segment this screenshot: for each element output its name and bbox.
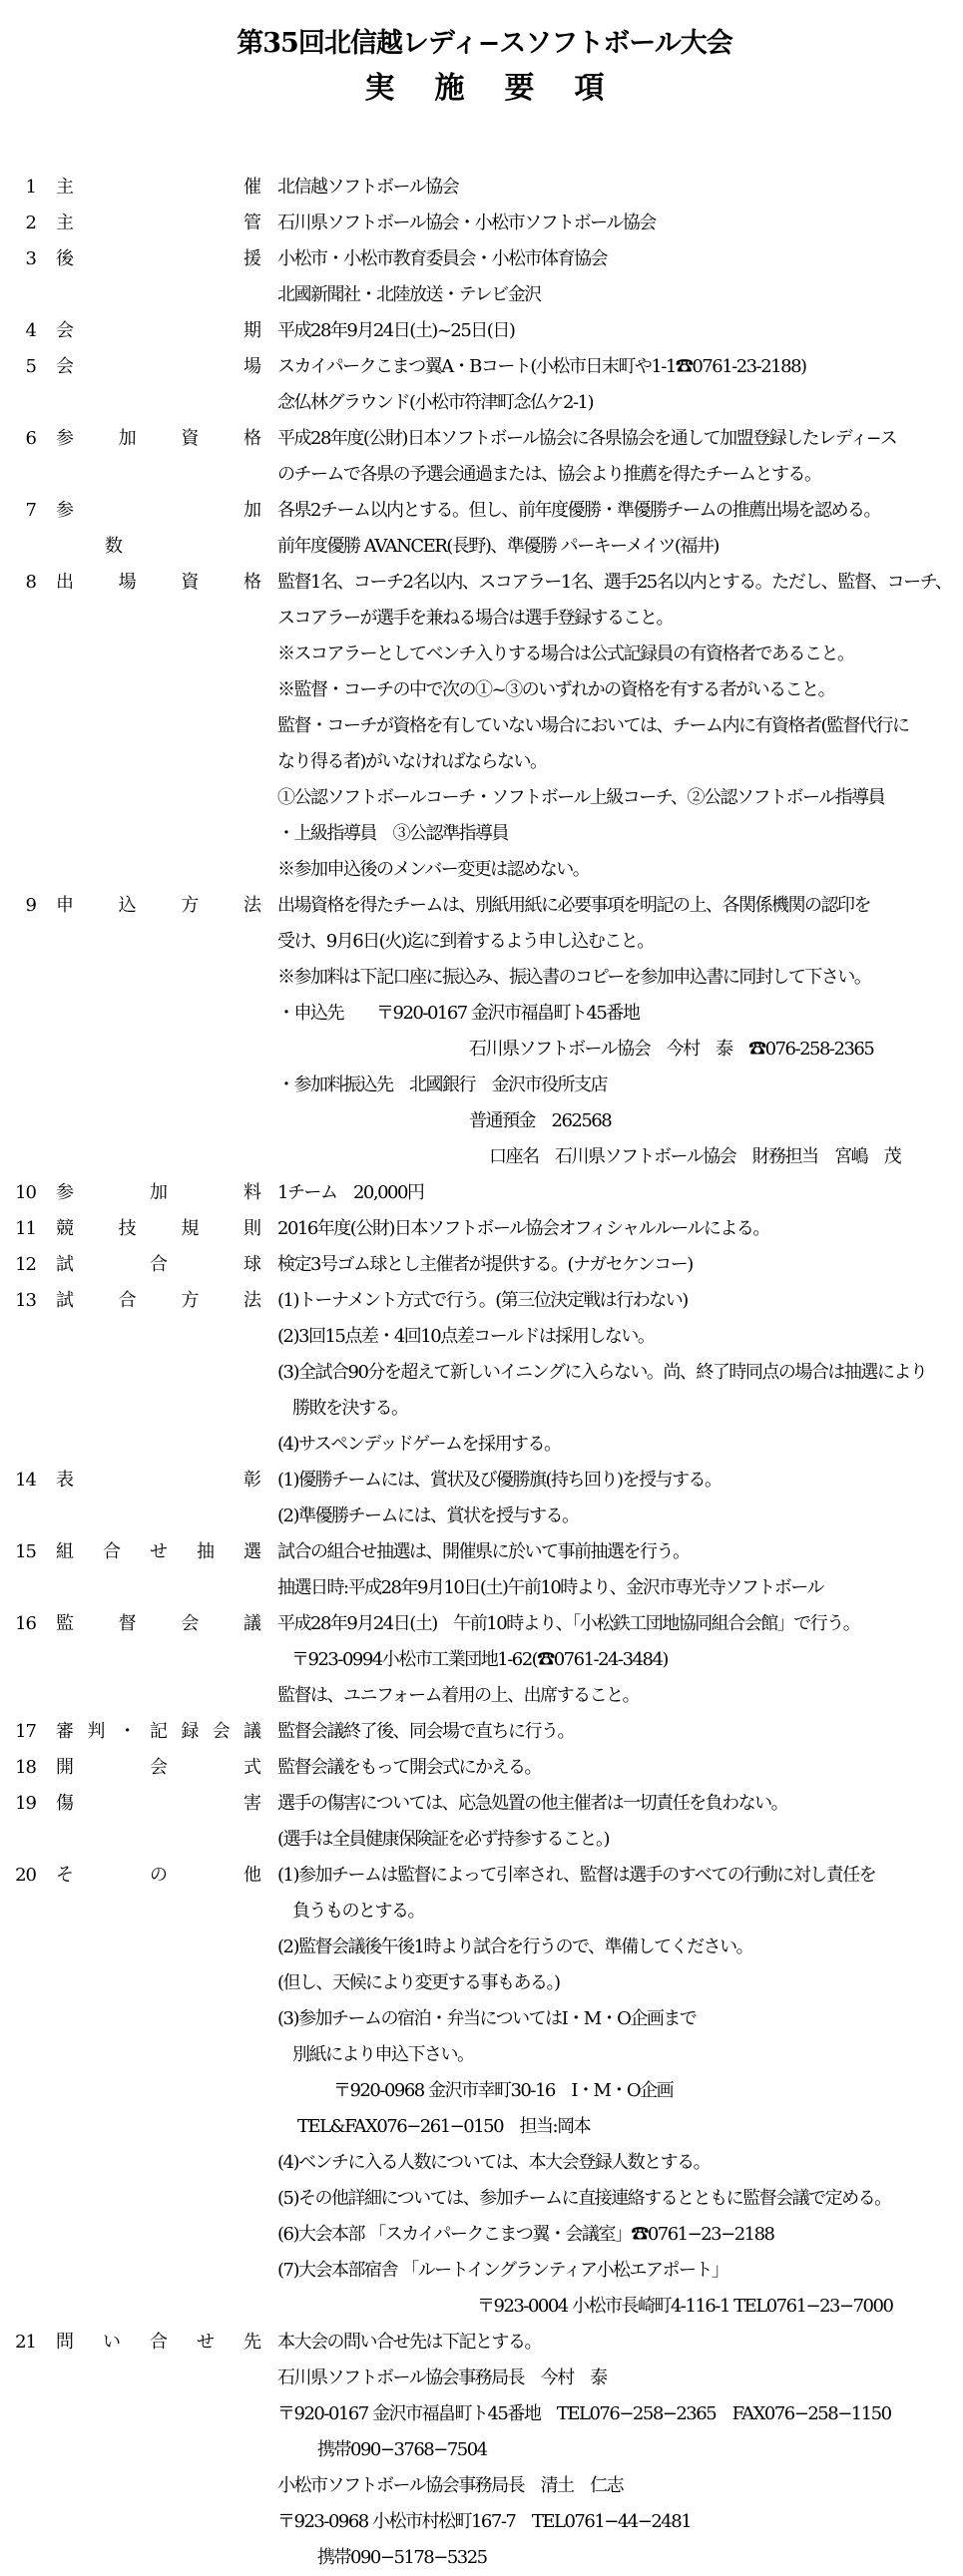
- content-line: ※参加申込後のメンバー変更は認めない。: [277, 852, 955, 888]
- content-line: (2)監督会議後午後1時より試合を行うので、準備してください。: [277, 1930, 955, 1965]
- item-content: 平成28年9月24日(土)~25日(日): [277, 313, 955, 349]
- item-number: 15: [14, 1534, 36, 1570]
- content-line: 勝敗を決する。: [277, 1391, 955, 1427]
- item-label-line: 審判・記録会議: [56, 1714, 261, 1750]
- label-char: 申: [56, 888, 74, 924]
- content-line: 石川県ソフトボール協会・小松市ソフトボール協会: [277, 206, 955, 241]
- label-char: い: [103, 2325, 121, 2361]
- content-line: (5)その他詳細については、参加チームに直接連絡するとともに監督会議で定める。: [277, 2181, 955, 2217]
- item-row: 20その他(1)参加チームは監督によって引率され、監督は選手のすべての行動に対し…: [14, 1858, 955, 2325]
- item-label: 参加数: [56, 493, 261, 565]
- item-label: 会場: [56, 349, 261, 385]
- label-char: 加: [243, 493, 261, 529]
- content-line: (2)3回15点差・4回10点差コールドは採用しない。: [277, 1319, 955, 1355]
- item-number: 10: [14, 1175, 36, 1211]
- label-char: 参: [56, 421, 74, 457]
- label-char: 料: [243, 1175, 261, 1211]
- item-number: 5: [14, 349, 36, 385]
- item-label-line: 出場資格: [56, 565, 261, 601]
- item-label-line: 監督会議: [56, 1606, 261, 1642]
- item-label: 後援: [56, 241, 261, 277]
- label-char: 場: [119, 565, 137, 601]
- content-line: TEL&FAX076−261−0150 担当:岡本: [277, 2109, 955, 2145]
- content-line: 北國新聞社・北陸放送・テレビ金沢: [277, 277, 955, 313]
- label-char: 催: [243, 170, 261, 206]
- item-row: 15組合せ抽選試合の組合せ抽選は、開催県に於いて事前抽選を行う。抽選日時:平成2…: [14, 1534, 955, 1606]
- document: 第35回北信越レディ−スソフトボール大会 実施要項 1主催北信越ソフトボール協会…: [0, 0, 963, 2576]
- item-label-line: 試合方法: [56, 1283, 261, 1319]
- item-label-line: 開会式: [56, 1750, 261, 1786]
- label-char: 込: [119, 888, 137, 924]
- content-line: 小松市ソフトボール協会事務局長 清土 仁志: [277, 2468, 955, 2504]
- content-line: (6)大会本部 「スカイパークこまつ翼・会議室」☎0761−23−2188: [277, 2217, 955, 2253]
- content-line: ※スコアラーとしてベンチ入りする場合は公式記録員の有資格者であること。: [277, 637, 955, 672]
- item-number: 4: [14, 313, 36, 349]
- label-char: 資: [181, 421, 199, 457]
- item-content: (1)参加チームは監督によって引率され、監督は選手のすべての行動に対し責任を負う…: [277, 1858, 955, 2325]
- content-line: ①公認ソフトボールコーチ・ソフトボール上級コーチ、②公認ソフトボール指導員: [277, 780, 955, 816]
- item-row: 13試合方法(1)トーナメント方式で行う。(第三位決定戦は行わない)(2)3回1…: [14, 1283, 955, 1463]
- content-line: スコアラーが選手を兼ねる場合は選手登録すること。: [277, 601, 955, 637]
- item-label: 傷害: [56, 1786, 261, 1822]
- label-char: ・: [119, 1714, 137, 1750]
- item-label: 試合球: [56, 1247, 261, 1283]
- label-char: 審: [56, 1714, 74, 1750]
- label-char: 技: [119, 1211, 137, 1247]
- content-line: ・上級指導員 ③公認準指導員: [277, 816, 955, 852]
- label-char: 管: [243, 206, 261, 241]
- label-char: 先: [243, 2325, 261, 2361]
- label-char: の: [150, 1858, 168, 1894]
- label-char: 加: [150, 1175, 168, 1211]
- item-label: 申込方法: [56, 888, 261, 924]
- label-char: 試: [56, 1247, 74, 1283]
- item-row: 19傷害選手の傷害については、応急処置の他主催者は一切責任を負わない。(選手は全…: [14, 1786, 955, 1858]
- item-label-line: 傷害: [56, 1786, 261, 1822]
- item-label: 参加資格: [56, 421, 261, 457]
- content-line: 〒920-0167 金沢市福畠町ト45番地 TEL076−258−2365 FA…: [277, 2396, 955, 2432]
- item-content: (1)トーナメント方式で行う。(第三位決定戦は行わない)(2)3回15点差・4回…: [277, 1283, 955, 1463]
- label-char: 会: [56, 313, 74, 349]
- content-line: 各県2チーム以内とする。但し、前年度優勝・準優勝チームの推薦出場を認める。: [277, 493, 955, 529]
- item-row: 21問い合せ先本大会の問い合せ先は下記とする。石川県ソフトボール協会事務局長 今…: [14, 2325, 955, 2576]
- label-char: 記: [150, 1714, 168, 1750]
- content-line: 選手の傷害については、応急処置の他主催者は一切責任を負わない。: [277, 1786, 955, 1822]
- item-content: 試合の組合せ抽選は、開催県に於いて事前抽選を行う。抽選日時:平成28年9月10日…: [277, 1534, 955, 1606]
- item-number: 20: [14, 1858, 36, 1894]
- content-line: 石川県ソフトボール協会 今村 泰 ☎076-258-2365: [277, 1032, 955, 1068]
- item-number: 21: [14, 2325, 36, 2361]
- item-content: 1チーム 20,000円: [277, 1175, 955, 1211]
- content-line: (1)優勝チームには、賞状及び優勝旗(持ち回り)を授与する。: [277, 1463, 955, 1499]
- item-label: 試合方法: [56, 1283, 261, 1319]
- item-content: 各県2チーム以内とする。但し、前年度優勝・準優勝チームの推薦出場を認める。前年度…: [277, 493, 955, 565]
- item-label-line2: 数: [56, 529, 261, 565]
- item-label-line: 後援: [56, 241, 261, 277]
- item-content: 監督会議終了後、同会場で直ちに行う。: [277, 1714, 955, 1750]
- item-number: 8: [14, 565, 36, 601]
- content-line: 〒923-0968 小松市村松町167-7 TEL0761−44−2481: [277, 2504, 955, 2540]
- label-char: 資: [181, 565, 199, 601]
- item-row: 1主催北信越ソフトボール協会: [14, 170, 955, 206]
- item-label: 開会式: [56, 1750, 261, 1786]
- item-row: 3後援小松市・小松市教育委員会・小松市体育協会北國新聞社・北陸放送・テレビ金沢: [14, 241, 955, 313]
- content-line: 監督1名、コーチ2名以内、スコアラー1名、選手25名以内とする。ただし、監督、コ…: [277, 565, 955, 601]
- content-line: 試合の組合せ抽選は、開催県に於いて事前抽選を行う。: [277, 1534, 955, 1570]
- label-char: 主: [56, 170, 74, 206]
- label-char: 合: [150, 1247, 168, 1283]
- item-label-line: 競技規則: [56, 1211, 261, 1247]
- page-title: 第35回北信越レディ−スソフトボール大会: [14, 22, 955, 66]
- item-label: 表彰: [56, 1463, 261, 1499]
- label-char: 録: [181, 1714, 199, 1750]
- content-line: (選手は全員健康保険証を必ず持参すること。): [277, 1822, 955, 1858]
- label-char: 議: [243, 1606, 261, 1642]
- item-number: 9: [14, 888, 36, 924]
- label-char: 合: [103, 1534, 121, 1570]
- label-char: せ: [197, 2325, 215, 2361]
- item-content: 出場資格を得たチームは、別紙用紙に必要事項を明記の上、各関係機関の認印を受け、9…: [277, 888, 955, 1175]
- label-char: 選: [243, 1534, 261, 1570]
- item-row: 7参加数各県2チーム以内とする。但し、前年度優勝・準優勝チームの推薦出場を認める…: [14, 493, 955, 565]
- item-content: 石川県ソフトボール協会・小松市ソフトボール協会: [277, 206, 955, 241]
- label-char: 参: [56, 493, 74, 529]
- content-line: ・申込先 〒920-0167 金沢市福畠町ト45番地: [277, 996, 955, 1032]
- item-content: 北信越ソフトボール協会: [277, 170, 955, 206]
- content-line: 北信越ソフトボール協会: [277, 170, 955, 206]
- content-line: 携帯090−5178−5325: [277, 2540, 955, 2576]
- label-char: 他: [243, 1858, 261, 1894]
- content-line: 平成28年度(公財)日本ソフトボール協会に各県協会を通して加盟登録したレディ−ス: [277, 421, 955, 457]
- item-label: 組合せ抽選: [56, 1534, 261, 1570]
- content-line: 念仏林グラウンド(小松市符津町念仏ケ2-1): [277, 385, 955, 421]
- item-label: その他: [56, 1858, 261, 1894]
- label-char: 主: [56, 206, 74, 241]
- label-char: 傷: [56, 1786, 74, 1822]
- content-line: ・参加料振込先 北國銀行 金沢市役所支店: [277, 1068, 955, 1103]
- item-label: 会期: [56, 313, 261, 349]
- content-line: 〒920-0968 金沢市幸町30-16 I・M・O企画: [277, 2073, 955, 2109]
- item-label: 競技規則: [56, 1211, 261, 1247]
- label-char: 害: [243, 1786, 261, 1822]
- item-number: 3: [14, 241, 36, 277]
- item-row: 2主管石川県ソフトボール協会・小松市ソフトボール協会: [14, 206, 955, 241]
- label-char: 法: [243, 888, 261, 924]
- item-content: スカイパークこまつ翼A・Bコート(小松市日末町や1-1☎0761-23-2188…: [277, 349, 955, 421]
- content-line: 監督・コーチが資格を有していない場合においては、チーム内に有資格者(監督代行に: [277, 708, 955, 744]
- label-char: 規: [181, 1211, 199, 1247]
- content-line: 口座名 石川県ソフトボール協会 財務担当 宮嶋 茂: [277, 1139, 955, 1175]
- label-char: 会: [56, 349, 74, 385]
- label-char: 督: [119, 1606, 137, 1642]
- item-number: 18: [14, 1750, 36, 1786]
- item-row: 17審判・記録会議監督会議終了後、同会場で直ちに行う。: [14, 1714, 955, 1750]
- content-line: スカイパークこまつ翼A・Bコート(小松市日末町や1-1☎0761-23-2188…: [277, 349, 955, 385]
- label-char: 後: [56, 241, 74, 277]
- content-line: (2)準優勝チームには、賞状を授与する。: [277, 1499, 955, 1534]
- label-char: 組: [56, 1534, 74, 1570]
- item-label: 主催: [56, 170, 261, 206]
- item-content: 監督会議をもって開会式にかえる。: [277, 1750, 955, 1786]
- label-char: 会: [150, 1750, 168, 1786]
- content-line: (4)ベンチに入る人数については、本大会登録人数とする。: [277, 2145, 955, 2181]
- content-line: 出場資格を得たチームは、別紙用紙に必要事項を明記の上、各関係機関の認印を: [277, 888, 955, 924]
- label-char: そ: [56, 1858, 74, 1894]
- item-row: 14表彰(1)優勝チームには、賞状及び優勝旗(持ち回り)を授与する。(2)準優勝…: [14, 1463, 955, 1534]
- content-line: 携帯090−3768−7504: [277, 2432, 955, 2468]
- content-line: 小松市・小松市教育委員会・小松市体育協会: [277, 241, 955, 277]
- item-number: 6: [14, 421, 36, 457]
- content-line: 監督会議をもって開会式にかえる。: [277, 1750, 955, 1786]
- content-line: 抽選日時:平成28年9月10日(土)午前10時より、金沢市専光寺ソフトボール: [277, 1570, 955, 1606]
- item-number: 16: [14, 1606, 36, 1642]
- content-line: 2016年度(公財)日本ソフトボール協会オフィシャルルールによる。: [277, 1211, 955, 1247]
- content-line: 受け、9月6日(火)迄に到着するよう申し込むこと。: [277, 924, 955, 960]
- label-char: 会: [213, 1714, 231, 1750]
- content-line: 監督会議終了後、同会場で直ちに行う。: [277, 1714, 955, 1750]
- item-content: 検定3号ゴム球とし主催者が提供する。(ナガセケンコー): [277, 1247, 955, 1283]
- content-line: 〒923-0004 小松市長崎町4-116-1 TEL0761−23−7000: [277, 2289, 955, 2325]
- content-line: 検定3号ゴム球とし主催者が提供する。(ナガセケンコー): [277, 1247, 955, 1283]
- label-char: 合: [150, 2325, 168, 2361]
- label-char: 試: [56, 1283, 74, 1319]
- content-line: 平成28年9月24日(土)~25日(日): [277, 313, 955, 349]
- item-row: 10参加料1チーム 20,000円: [14, 1175, 955, 1211]
- item-label-line: 参加料: [56, 1175, 261, 1211]
- label-char: 出: [56, 565, 74, 601]
- content-line: (1)トーナメント方式で行う。(第三位決定戦は行わない): [277, 1283, 955, 1319]
- item-row: 8出場資格監督1名、コーチ2名以内、スコアラー1名、選手25名以内とする。ただし…: [14, 565, 955, 888]
- label-char: 判: [87, 1714, 105, 1750]
- content-line: なり得る者)がいなければならない。: [277, 744, 955, 780]
- content-line: 監督は、ユニフォーム着用の上、出席すること。: [277, 1678, 955, 1714]
- item-number: 14: [14, 1463, 36, 1499]
- page-subtitle: 実施要項: [14, 66, 955, 112]
- item-label: 問い合せ先: [56, 2325, 261, 2361]
- content-line: (3)全試合90分を超えて新しいイニングに入らない。尚、終了時同点の場合は抽選に…: [277, 1355, 955, 1391]
- item-content: 小松市・小松市教育委員会・小松市体育協会北國新聞社・北陸放送・テレビ金沢: [277, 241, 955, 313]
- content-line: 普通預金 262568: [277, 1103, 955, 1139]
- item-label-line: その他: [56, 1858, 261, 1894]
- item-label-line: 試合球: [56, 1247, 261, 1283]
- label-char: 則: [243, 1211, 261, 1247]
- item-row: 12試合球検定3号ゴム球とし主催者が提供する。(ナガセケンコー): [14, 1247, 955, 1283]
- item-row: 16監督会議平成28年9月24日(土) 午前10時より、「小松鉄工団地協同組合会…: [14, 1606, 955, 1714]
- item-row: 5会場スカイパークこまつ翼A・Bコート(小松市日末町や1-1☎0761-23-2…: [14, 349, 955, 421]
- content-line: のチームで各県の予選会通過または、協会より推薦を得たチームとする。: [277, 457, 955, 493]
- item-label: 監督会議: [56, 1606, 261, 1642]
- item-label-line: 主管: [56, 206, 261, 241]
- content-line: 負うものとする。: [277, 1894, 955, 1930]
- item-number: 11: [14, 1211, 36, 1247]
- item-number: 2: [14, 206, 36, 241]
- label-char: 式: [243, 1750, 261, 1786]
- item-label-line: 参加: [56, 493, 261, 529]
- content-line: (4)サスペンデッドゲームを採用する。: [277, 1427, 955, 1463]
- label-char: せ: [150, 1534, 168, 1570]
- content-line: ※監督・コーチの中で次の①~③のいずれかの資格を有する者がいること。: [277, 672, 955, 708]
- item-row: 18開会式監督会議をもって開会式にかえる。: [14, 1750, 955, 1786]
- content-line: 別紙により申込下さい。: [277, 2037, 955, 2073]
- item-label: 出場資格: [56, 565, 261, 601]
- label-char: 方: [181, 888, 199, 924]
- content-line: (1)参加チームは監督によって引率され、監督は選手のすべての行動に対し責任を: [277, 1858, 955, 1894]
- item-number: 12: [14, 1247, 36, 1283]
- item-label-line: 申込方法: [56, 888, 261, 924]
- item-label-line: 組合せ抽選: [56, 1534, 261, 1570]
- item-row: 11競技規則2016年度(公財)日本ソフトボール協会オフィシャルルールによる。: [14, 1211, 955, 1247]
- item-label: 主管: [56, 206, 261, 241]
- item-content: 本大会の問い合せ先は下記とする。石川県ソフトボール協会事務局長 今村 泰〒920…: [277, 2325, 955, 2576]
- label-char: 議: [243, 1714, 261, 1750]
- label-char: 開: [56, 1750, 74, 1786]
- content-line: 1チーム 20,000円: [277, 1175, 955, 1211]
- label-char: 方: [181, 1283, 199, 1319]
- item-number: 19: [14, 1786, 36, 1822]
- item-number: 1: [14, 170, 36, 206]
- content-line: ※参加料は下記口座に振込み、振込書のコピーを参加申込書に同封して下さい。: [277, 960, 955, 996]
- label-char: 場: [243, 349, 261, 385]
- label-char: 加: [119, 421, 137, 457]
- item-label: 審判・記録会議: [56, 1714, 261, 1750]
- items-list: 1主催北信越ソフトボール協会2主管石川県ソフトボール協会・小松市ソフトボール協会…: [14, 170, 955, 2576]
- item-number: 7: [14, 493, 36, 529]
- item-content: 選手の傷害については、応急処置の他主催者は一切責任を負わない。(選手は全員健康保…: [277, 1786, 955, 1858]
- label-char: 競: [56, 1211, 74, 1247]
- item-label-line: 参加資格: [56, 421, 261, 457]
- item-label-line: 問い合せ先: [56, 2325, 261, 2361]
- label-char: 合: [119, 1283, 137, 1319]
- content-line: (但し、天候により変更する事もある。): [277, 1965, 955, 2001]
- content-line: (3)参加チームの宿泊・弁当についてはI・M・O企画まで: [277, 2001, 955, 2037]
- item-row: 4会期平成28年9月24日(土)~25日(日): [14, 313, 955, 349]
- content-line: (7)大会本部宿舎 「ルートイングランティア小松エアポート」: [277, 2253, 955, 2289]
- label-char: 格: [243, 421, 261, 457]
- item-content: 平成28年度(公財)日本ソフトボール協会に各県協会を通して加盟登録したレディ−ス…: [277, 421, 955, 493]
- item-row: 6参加資格平成28年度(公財)日本ソフトボール協会に各県協会を通して加盟登録した…: [14, 421, 955, 493]
- label-char: 会: [181, 1606, 199, 1642]
- item-label-line: 会場: [56, 349, 261, 385]
- label-char: 抽: [197, 1534, 215, 1570]
- label-char: 監: [56, 1606, 74, 1642]
- label-char: 彰: [243, 1463, 261, 1499]
- label-char: 球: [243, 1247, 261, 1283]
- item-label: 参加料: [56, 1175, 261, 1211]
- content-line: 石川県ソフトボール協会事務局長 今村 泰: [277, 2361, 955, 2396]
- content-line: 〒923-0994小松市工業団地1-62(☎0761-24-3484): [277, 1642, 955, 1678]
- label-char: 表: [56, 1463, 74, 1499]
- label-char: 援: [243, 241, 261, 277]
- item-content: (1)優勝チームには、賞状及び優勝旗(持ち回り)を授与する。(2)準優勝チームに…: [277, 1463, 955, 1534]
- item-label-line: 表彰: [56, 1463, 261, 1499]
- item-label-line: 主催: [56, 170, 261, 206]
- item-content: 2016年度(公財)日本ソフトボール協会オフィシャルルールによる。: [277, 1211, 955, 1247]
- label-char: 期: [243, 313, 261, 349]
- content-line: 本大会の問い合せ先は下記とする。: [277, 2325, 955, 2361]
- label-char: 法: [243, 1283, 261, 1319]
- content-line: 前年度優勝 AVANCER(長野)、準優勝 パーキーメイツ(福井): [277, 529, 955, 565]
- label-char: 問: [56, 2325, 74, 2361]
- item-row: 9申込方法出場資格を得たチームは、別紙用紙に必要事項を明記の上、各関係機関の認印…: [14, 888, 955, 1175]
- item-number: 13: [14, 1283, 36, 1319]
- label-char: 参: [56, 1175, 74, 1211]
- content-line: 平成28年9月24日(土) 午前10時より、「小松鉄工団地協同組合会館」で行う。: [277, 1606, 955, 1642]
- label-char: 格: [243, 565, 261, 601]
- item-number: 17: [14, 1714, 36, 1750]
- item-label-line: 会期: [56, 313, 261, 349]
- item-content: 監督1名、コーチ2名以内、スコアラー1名、選手25名以内とする。ただし、監督、コ…: [277, 565, 955, 888]
- item-content: 平成28年9月24日(土) 午前10時より、「小松鉄工団地協同組合会館」で行う。…: [277, 1606, 955, 1714]
